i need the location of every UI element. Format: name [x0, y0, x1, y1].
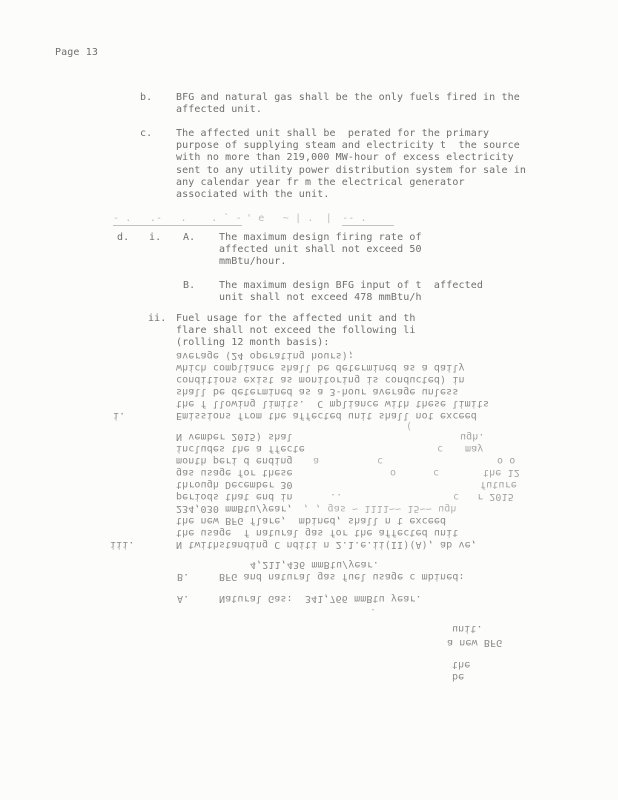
text-line: The maximum design firing rate of: [219, 232, 422, 244]
flipped-list-marker: B.: [177, 570, 189, 582]
text-line: unit shall not exceed 478 mmBtu/h: [219, 292, 422, 304]
flipped-stray-mark: c: [453, 490, 459, 502]
flipped-fragment: r 2015: [477, 490, 514, 502]
flipped-fragment: a new BFG: [447, 636, 502, 648]
flipped-text-line: shall be determined as a 3-hour average …: [176, 385, 458, 397]
text-line: any calendar year fr m the electrical ge…: [176, 177, 465, 189]
flipped-fragment: o o: [497, 454, 515, 466]
flipped-stray-mark: (: [406, 419, 412, 431]
text-line: flare shall not exceed the following li: [176, 325, 415, 337]
flipped-fragment: the: [452, 658, 470, 670]
faint-heading-segment: - . .- . . ` -: [113, 213, 242, 226]
text-line: mmBtu/hour.: [219, 256, 287, 268]
flipped-fragment: be: [452, 670, 464, 682]
flipped-stray-mark: c: [377, 454, 383, 466]
flipped-text-line: N twithstanding C nditi n 2.1.e.ii(II)(A…: [176, 538, 477, 550]
text-line: The affected unit shall be perated for t…: [176, 128, 489, 140]
flipped-stray-mark: c: [433, 466, 439, 478]
flipped-fragment: future: [480, 478, 517, 490]
faint-heading-segment: -- .: [342, 213, 394, 226]
flipped-text-line: the f llowing limits. C mpliance with th…: [176, 397, 489, 409]
flipped-stray-mark: a: [313, 454, 319, 466]
text-line: The maximum design BFG input of t affect…: [219, 280, 483, 292]
flipped-stray-mark: .: [370, 605, 376, 617]
flipped-text-line: average (24 operating hours);: [176, 349, 354, 361]
text-line: associated with the unit.: [176, 189, 330, 201]
list-marker-B: B.: [183, 280, 195, 292]
faint-heading: - . .- . . ` -' e ~ | . | -- .: [113, 213, 394, 226]
flipped-text-line: BFG and natural gas fuel usage c mbined:: [219, 570, 465, 582]
flipped-fragment: ugh.: [460, 430, 485, 442]
flipped-text-line: which compliance shall be determined as …: [176, 361, 465, 373]
text-line: with no more than 219,000 MW-hour of exc…: [176, 152, 514, 164]
flipped-fragment: unit.: [452, 622, 483, 634]
page-number: Page 13: [55, 47, 98, 59]
list-marker-d: d.: [117, 232, 129, 244]
list-marker-i: i.: [149, 232, 161, 244]
flipped-list-marker: i.: [113, 409, 125, 421]
flipped-text-line: 4,211,436 mmBtu/year.: [250, 558, 379, 570]
list-marker-ii: ii.: [148, 313, 166, 325]
flipped-text-line: Natural Gas: 341,766 mmBtu year.: [219, 592, 422, 604]
text-line: BFG and natural gas shall be the only fu…: [176, 92, 520, 104]
list-marker-A: A.: [183, 232, 195, 244]
text-line: Fuel usage for the affected unit and th: [176, 313, 415, 325]
flipped-text-line: conditions exist as monitoring is conduc…: [176, 373, 465, 385]
list-marker-b: b.: [140, 92, 152, 104]
flipped-stray-mark: o: [390, 466, 396, 478]
flipped-text-line: 234,030 mmBtu/year,: [176, 502, 293, 514]
text-line: sent to any utility power distribution s…: [176, 165, 526, 177]
text-line: (rolling 12 month basis):: [176, 337, 330, 349]
list-marker-c: c.: [140, 128, 152, 140]
flipped-text-line: N vember 2015) shal: [176, 430, 293, 442]
flipped-text-line: month peri d ending: [176, 454, 293, 466]
text-line: affected unit shall not exceed 50: [219, 244, 422, 256]
flipped-fragment: may: [465, 442, 483, 454]
text-line: affected unit.: [176, 104, 262, 116]
flipped-text-line: Emissions from the affected unit shall n…: [176, 409, 477, 421]
flipped-text-line: gas usage for these: [176, 466, 293, 478]
scanned-document-page: Page 13 b. BFG and natural gas shall be …: [0, 0, 618, 800]
faint-heading-segment: ' e ~ | . |: [242, 213, 342, 224]
flipped-list-marker: A.: [177, 592, 189, 604]
flipped-text-line: includes the a ffecte: [176, 442, 305, 454]
flipped-text-line: through December 30: [176, 478, 293, 490]
flipped-stray-mark: c: [437, 442, 443, 454]
text-line: purpose of supplying steam and electrici…: [176, 140, 520, 152]
flipped-text-line: the usage f natural gas for the affected…: [176, 526, 458, 538]
flipped-text-line: periods that end in: [176, 490, 293, 502]
flipped-list-marker: iii.: [110, 538, 135, 550]
flipped-stray-mark: ..: [330, 490, 342, 502]
flipped-fragment: the 12: [483, 466, 520, 478]
flipped-stray-marks: , , gas ~ 1111~~ 15~~ ugh: [303, 502, 457, 514]
flipped-text-line: the new BFG flare, mbined, shall n t exc…: [176, 514, 446, 526]
